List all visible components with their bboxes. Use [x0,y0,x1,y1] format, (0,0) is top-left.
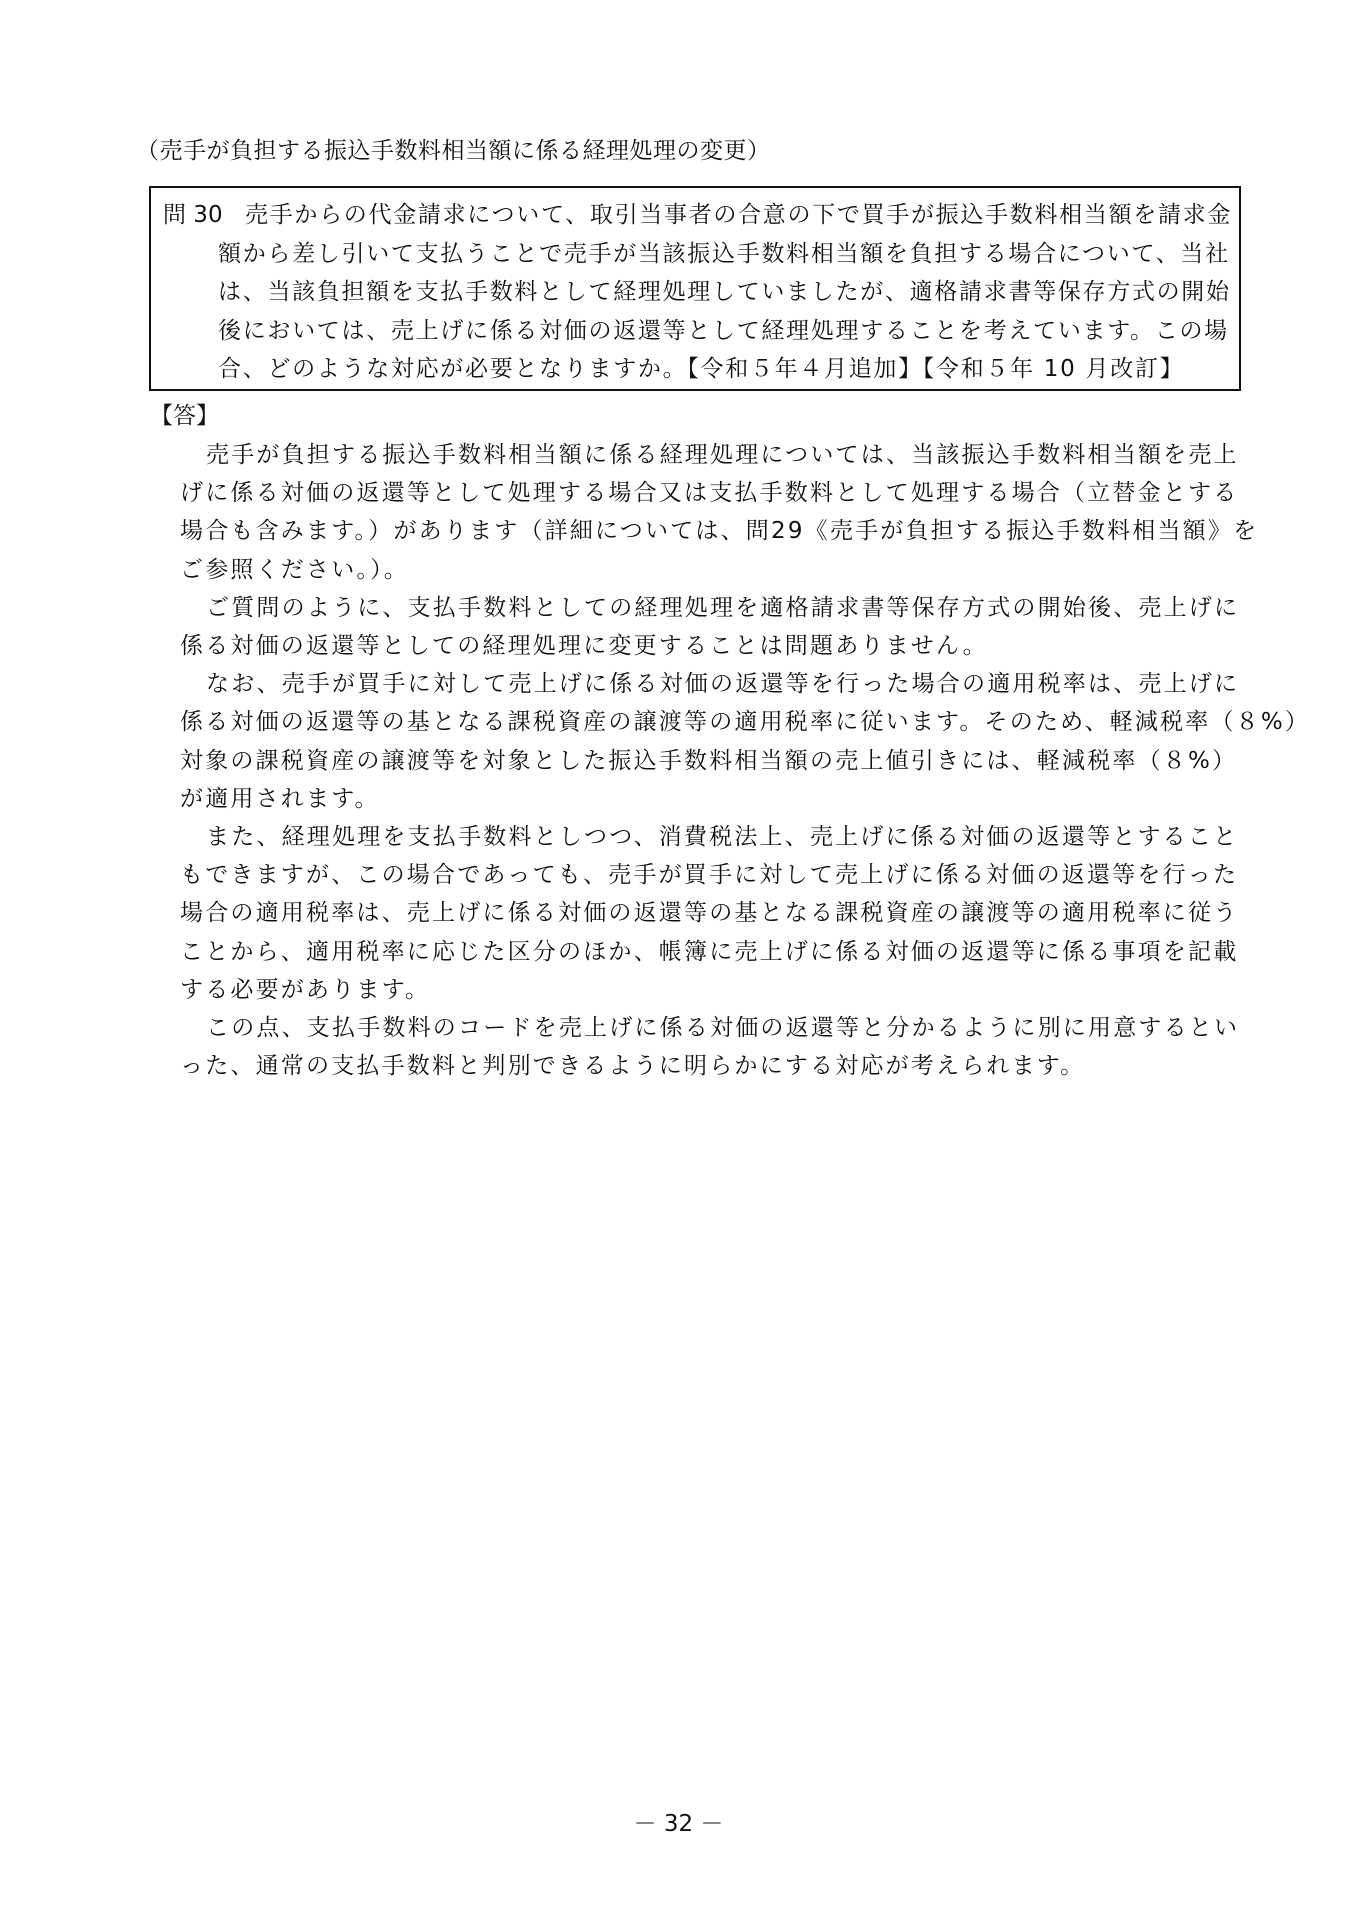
question-number: 問 30 [163,196,245,235]
answer-line: げに係る対価の返還等として処理する場合又は支払手数料として処理する場合（立替金と… [180,474,1240,512]
answer-line: 係る対価の返還等としての経理処理に変更することは問題ありません。 [180,627,1240,665]
answer-line: この点、支払手数料のコードを売上げに係る対価の返還等と分かるように別に用意すると… [180,1009,1240,1047]
answer-line: が適用されます。 [180,780,1240,818]
answer-line: 売手が負担する振込手数料相当額に係る経理処理については、当該振込手数料相当額を売… [180,436,1240,474]
answer-paragraph: ご質問のように、支払手数料としての経理処理を適格請求書等保存方式の開始後、売上げ… [180,589,1240,665]
answer-paragraph: 売手が負担する振込手数料相当額に係る経理処理については、当該振込手数料相当額を売… [180,436,1240,589]
section-heading: （売手が負担する振込手数料相当額に係る経理処理の変更） [136,133,771,169]
answer-line: 場合も含みます。）があります（詳細については、問29《売手が負担する振込手数料相… [180,512,1240,550]
answer-line: った、通常の支払手数料と判別できるように明らかにする対応が考えられます。 [180,1047,1240,1085]
answer-label: 【答】 [150,398,219,434]
answer-line: ご参照ください。）。 [180,551,1240,589]
answer-line: 係る対価の返還等の基となる課税資産の譲渡等の適用税率に従います。そのため、軽減税… [180,703,1240,741]
page-number: － 32 － [0,1808,1357,1840]
answer-paragraph: また、経理処理を支払手数料としつつ、消費税法上、売上げに係る対価の返還等とするこ… [180,818,1240,1009]
question-line: は、当該負担額を支払手数料として経理処理していましたが、適格請求書等保存方式の開… [163,273,1229,312]
answer-line: なお、売手が買手に対して売上げに係る対価の返還等を行った場合の適用税率は、売上げ… [180,665,1240,703]
answer-line: また、経理処理を支払手数料としつつ、消費税法上、売上げに係る対価の返還等とするこ… [180,818,1240,856]
question-line: 額から差し引いて支払うことで売手が当該振込手数料相当額を負担する場合について、当… [163,235,1229,274]
answer-line: 対象の課税資産の譲渡等を対象とした振込手数料相当額の売上値引きには、軽減税率（８… [180,742,1240,780]
answer-body: 売手が負担する振込手数料相当額に係る経理処理については、当該振込手数料相当額を売… [180,436,1240,1085]
question-line: 合、どのような対応が必要となりますか。【令和５年４月追加】【令和５年 10 月改… [163,350,1229,389]
question-box: 問 30売手からの代金請求について、取引当事者の合意の下で買手が振込手数料相当額… [149,186,1241,391]
answer-line: 場合の適用税率は、売上げに係る対価の返還等の基となる課税資産の譲渡等の適用税率に… [180,894,1240,932]
question-text: 売手からの代金請求について、取引当事者の合意の下で買手が振込手数料相当額を請求金 [245,202,1232,228]
answer-line: する必要があります。 [180,971,1240,1009]
answer-line: もできますが、この場合であっても、売手が買手に対して売上げに係る対価の返還等を行… [180,856,1240,894]
document-page: （売手が負担する振込手数料相当額に係る経理処理の変更） 問 30売手からの代金請… [0,0,1357,1920]
answer-paragraph: なお、売手が買手に対して売上げに係る対価の返還等を行った場合の適用税率は、売上げ… [180,665,1240,818]
answer-line: ご質問のように、支払手数料としての経理処理を適格請求書等保存方式の開始後、売上げ… [180,589,1240,627]
answer-line: ことから、適用税率に応じた区分のほか、帳簿に売上げに係る対価の返還等に係る事項を… [180,933,1240,971]
question-line: 問 30売手からの代金請求について、取引当事者の合意の下で買手が振込手数料相当額… [163,196,1229,235]
question-line: 後においては、売上げに係る対価の返還等として経理処理することを考えています。この… [163,312,1229,351]
answer-paragraph: この点、支払手数料のコードを売上げに係る対価の返還等と分かるように別に用意すると… [180,1009,1240,1085]
